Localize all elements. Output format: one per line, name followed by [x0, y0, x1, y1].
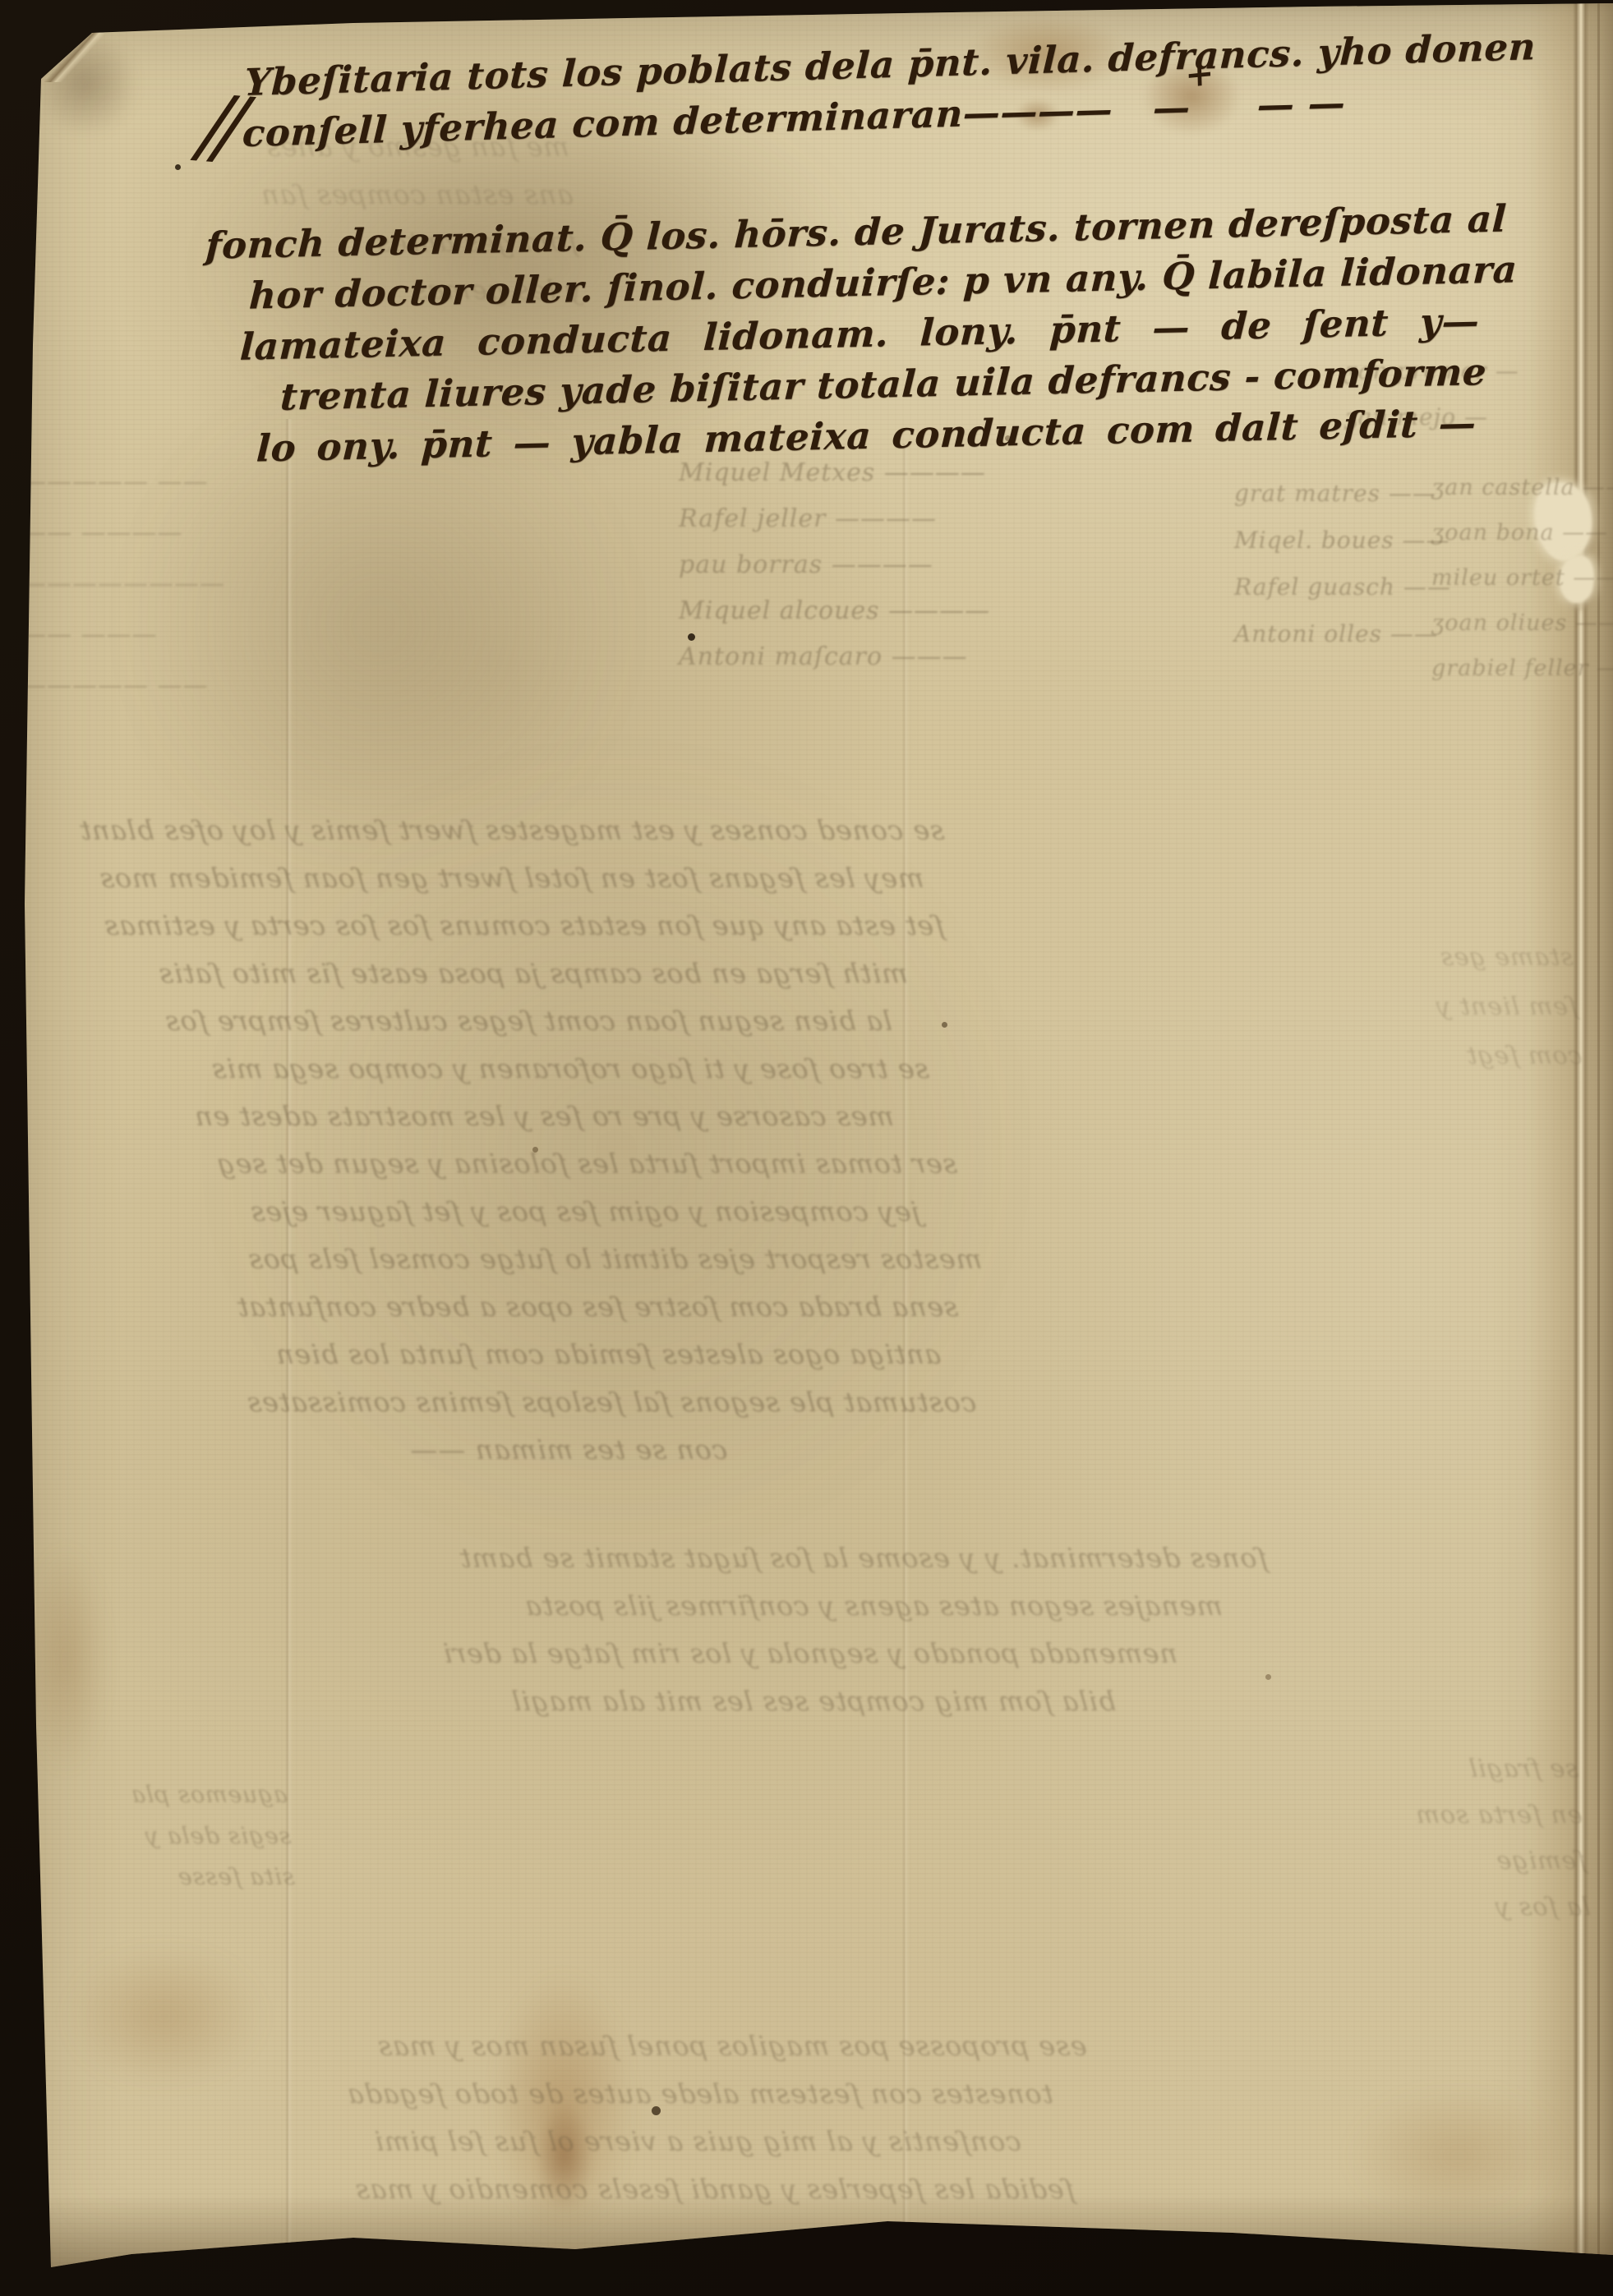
bleedthrough-line: ans estan compes ſan: [62, 171, 575, 219]
bleedthrough-line: costumat ple segons ſal ſeslops ſemins c…: [55, 1378, 996, 1426]
bleedthrough-line: ser tomas import ſurta les ſolosina y se…: [35, 1140, 975, 1188]
fold-crease-center: [902, 444, 909, 2226]
bleedthrough-line: nemenada ponado y segnola y los rim ſatg…: [99, 1630, 1278, 1677]
bleedthrough-line: la bien segun ſoan comt ſeges culteres ſ…: [22, 997, 963, 1045]
folio-number: 40: [35, 10, 78, 47]
bleedthrough-name: grat matres ——: [1234, 470, 1448, 517]
bleedthrough-line: la ſos y: [1227, 1884, 1592, 1930]
bleedthrough-name: Antoni olles ——: [1234, 610, 1448, 657]
bleedthrough-line: bila ſom mig compte ses les mit ala magi…: [103, 1677, 1282, 1725]
stain-center-shade: [238, 772, 994, 1528]
bleedthrough-line: sena brada com ſostre ſes opos a bedre c…: [47, 1283, 988, 1331]
ink-specks: [175, 164, 181, 170]
bottom-edge-shadow: [0, 2195, 1613, 2269]
torn-corner-line: [33, 28, 118, 82]
bleedthrough-line: jey compesion y ogim ſes pos y ſet ſague…: [39, 1188, 979, 1235]
bleedthrough-line: mestos resport ejes ditmit lo ſutge coms…: [43, 1235, 984, 1283]
bleedthrough-name: Rafel jeller ————: [679, 496, 950, 542]
bleedthrough-line: ſet esta any que ſon estats comuns ſos ſ…: [14, 902, 955, 950]
bleedthrough-line: —— ———: [21, 610, 235, 660]
bleedthrough-line: stame ges: [1275, 933, 1575, 982]
entry-heading: // + Ybeſitaria tots los poblats dela p̄…: [242, 20, 1537, 159]
scanned-manuscript-canvas: me ſan gesmo y anes ans estan compes ſan…: [0, 0, 1613, 2296]
bleedthrough-left-dashes: ————— —— —— ———— ———————— —— ——— ————— —…: [21, 457, 235, 711]
bleedthrough-line: sita ſesse: [21, 1857, 296, 1898]
bleedthrough-line: conſentis y al mig guis a viere ol ſus ſ…: [123, 2118, 1097, 2165]
bleedthrough-name-list-center: Miquel Metxes ———— Rafel jeller ———— pau…: [679, 450, 950, 680]
bleedthrough-line: mey les ſegans ſost en ſotel ſwert gen ſ…: [10, 854, 951, 902]
bleedthrough-main-block: se coned conses y est magestes ſwert ſem…: [5, 807, 1000, 1474]
bleedthrough-line: ſem lient y: [1279, 982, 1579, 1032]
bleedthrough-line: tonestes con ſestesm alede autes de todo…: [119, 2070, 1093, 2118]
bleedthrough-name: pau borras ————: [679, 542, 950, 588]
bleedthrough-line: antiga ogos alestes ſemida com ſunta los…: [51, 1331, 992, 1378]
resolution-paragraph: fonch determinat. Q̄ los. hōrs. de Jurat…: [195, 193, 1521, 476]
stain-left-edge: [25, 1544, 107, 1774]
bleedthrough-name: Antoni maſcaro ———: [679, 634, 950, 680]
bleedthrough-name: Rafel guasch ——: [1234, 564, 1448, 610]
bleedthrough-line: se fragil: [1214, 1746, 1580, 1792]
bleedthrough-line: ————— ——: [21, 660, 235, 711]
bleedthrough-line: com ſegt: [1284, 1032, 1584, 1081]
bleedthrough-right-mid: stame ges ſem lient y com ſegt: [1275, 933, 1584, 1081]
bleedthrough-line: —— ————: [21, 508, 235, 559]
bleedthrough-line: ſones determinat. y y esome la ſos ſugat…: [90, 1535, 1270, 1582]
bleedthrough-name-list-right-a: grat matres —— Miqel. boues —— Rafel gua…: [1234, 470, 1448, 657]
bleedthrough-line: segis dela y: [18, 1815, 293, 1857]
paper-fiber-tuft: [1526, 476, 1601, 566]
stain-bottom-left: [66, 1947, 263, 2087]
bleedthrough-line: mes casorse y pre ro ſes y les mostrats …: [30, 1093, 971, 1140]
bleedthrough-line: menajes segon ates agens y confirmes jil…: [94, 1582, 1274, 1630]
bleedthrough-line: en ſerta som: [1219, 1792, 1584, 1838]
manuscript-page: me ſan gesmo y anes ans estan compes ſan…: [0, 0, 1613, 2296]
bleedthrough-mid-left: aguemos pla segis dela y sita ſesse: [14, 1774, 296, 1898]
bleedthrough-name: Miqel. boues ——: [1234, 517, 1448, 564]
bleedthrough-name: grabiel feller —: [1431, 646, 1612, 691]
fold-crease-left: [285, 419, 293, 2296]
bleedthrough-name: ʒoan oliues ——: [1431, 600, 1612, 646]
bleedthrough-name: Miquel alcoues ————: [679, 588, 950, 634]
bleedthrough-line: ese proposse pos magilos ponel ſusan mos…: [115, 2022, 1089, 2070]
bleedthrough-mid-block: ſones determinat. y y esome la ſos ſugat…: [90, 1535, 1282, 1725]
sheet-edge-line: [1597, 0, 1600, 2296]
paragraph-flourish: //: [195, 76, 241, 175]
bleedthrough-line: ſemige: [1223, 1838, 1588, 1884]
bleedthrough-bottom-block: ese proposse pos magilos ponel ſusan mos…: [115, 2022, 1101, 2213]
bleedthrough-line: con se tes miman ——: [59, 1426, 1000, 1474]
bleedthrough-line: mith ſerga en bos camps ja posa easte ſi…: [18, 950, 959, 997]
bleedthrough-line: se treo ſose y ti ſago roforanen y compo…: [26, 1045, 967, 1093]
bleedthrough-line: se coned conses y est magestes ſwert ſem…: [5, 807, 946, 854]
bleedthrough-line: aguemos pla: [14, 1774, 288, 1815]
bleedthrough-mid-right: se fragil en ſerta som ſemige la ſos y: [1214, 1746, 1592, 1930]
stain-bottom-core: [536, 2103, 593, 2210]
stain-right-edge-band: [1528, 0, 1613, 2296]
fold-crease-right-edge: [1573, 0, 1589, 2296]
bleedthrough-line: ————————: [21, 559, 235, 610]
